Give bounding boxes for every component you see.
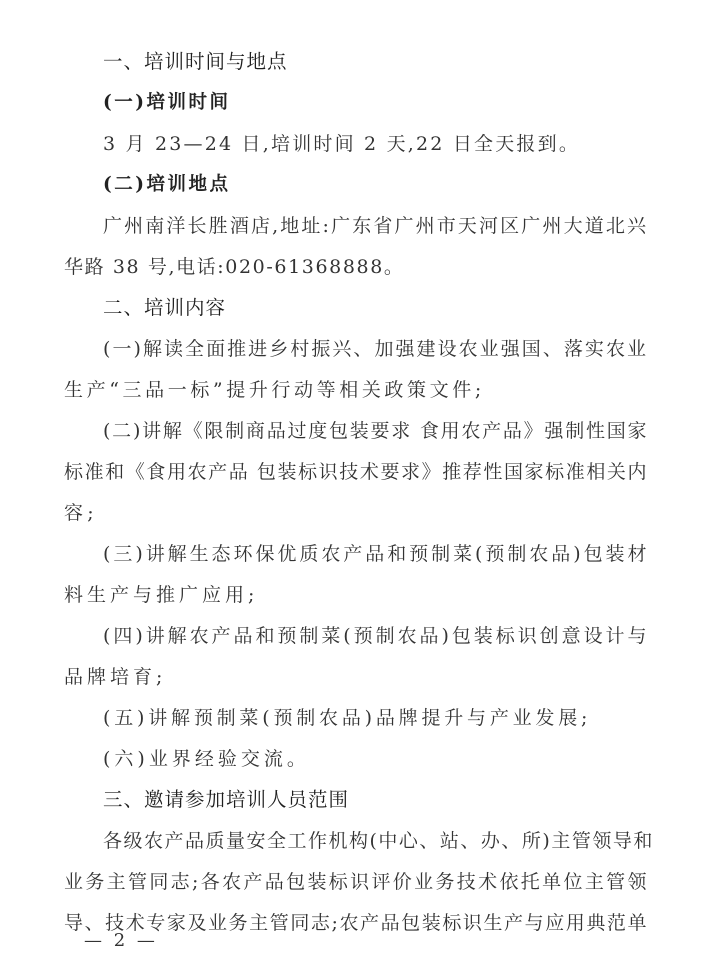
- participants-line-3: 导、技术专家及业务主管同志;农产品包装标识生产与应用典范单: [64, 908, 648, 930]
- content-item-2-line-3: 容;: [64, 498, 648, 528]
- content-item-2-line-1: (二)讲解《限制商品过度包装要求 食用农产品》强制性国家: [103, 416, 648, 446]
- participants-line-1: 各级农产品质量安全工作机构(中心、站、办、所)主管领导和: [103, 826, 648, 856]
- section-heading-1: 一、培训时间与地点: [103, 47, 648, 77]
- page-number: — 2 —: [84, 928, 158, 954]
- content-item-4-line-1: (四)讲解农产品和预制菜(预制农品)包装标识创意设计与: [103, 621, 648, 651]
- subsection-heading-location: (二)培训地点: [103, 170, 648, 200]
- content-item-4-line-2: 品牌培育;: [64, 662, 648, 692]
- content-item-3-line-1: (三)讲解生态环保优质农产品和预制菜(预制农品)包装材: [103, 539, 648, 569]
- section-heading-3: 三、邀请参加培训人员范围: [103, 785, 648, 815]
- paragraph-location-line-1: 广州南洋长胜酒店,地址:广东省广州市天河区广州大道北兴: [103, 211, 648, 241]
- paragraph-training-time: 3 月 23—24 日,培训时间 2 天,22 日全天报到。: [103, 129, 648, 159]
- paragraph-location-line-2: 华路 38 号,电话:020-61368888。: [64, 252, 648, 282]
- participants-line-2: 业务主管同志;各农产品包装标识评价业务技术依托单位主管领: [64, 867, 648, 897]
- content-item-6: (六)业界经验交流。: [103, 744, 648, 774]
- document-page: 一、培训时间与地点 (一)培训时间 3 月 23—24 日,培训时间 2 天,2…: [0, 0, 716, 979]
- subsection-heading-time: (一)培训时间: [103, 88, 648, 118]
- content-item-5: (五)讲解预制菜(预制农品)品牌提升与产业发展;: [103, 703, 648, 733]
- content-item-3-line-2: 料生产与推广应用;: [64, 580, 648, 610]
- section-heading-2: 二、培训内容: [103, 293, 648, 323]
- content-item-1-line-2: 生产“三品一标”提升行动等相关政策文件;: [64, 375, 648, 405]
- content-item-1-line-1: (一)解读全面推进乡村振兴、加强建设农业强国、落实农业: [103, 334, 648, 364]
- content-item-2-line-2: 标准和《食用农产品 包装标识技术要求》推荐性国家标准相关内: [64, 457, 648, 487]
